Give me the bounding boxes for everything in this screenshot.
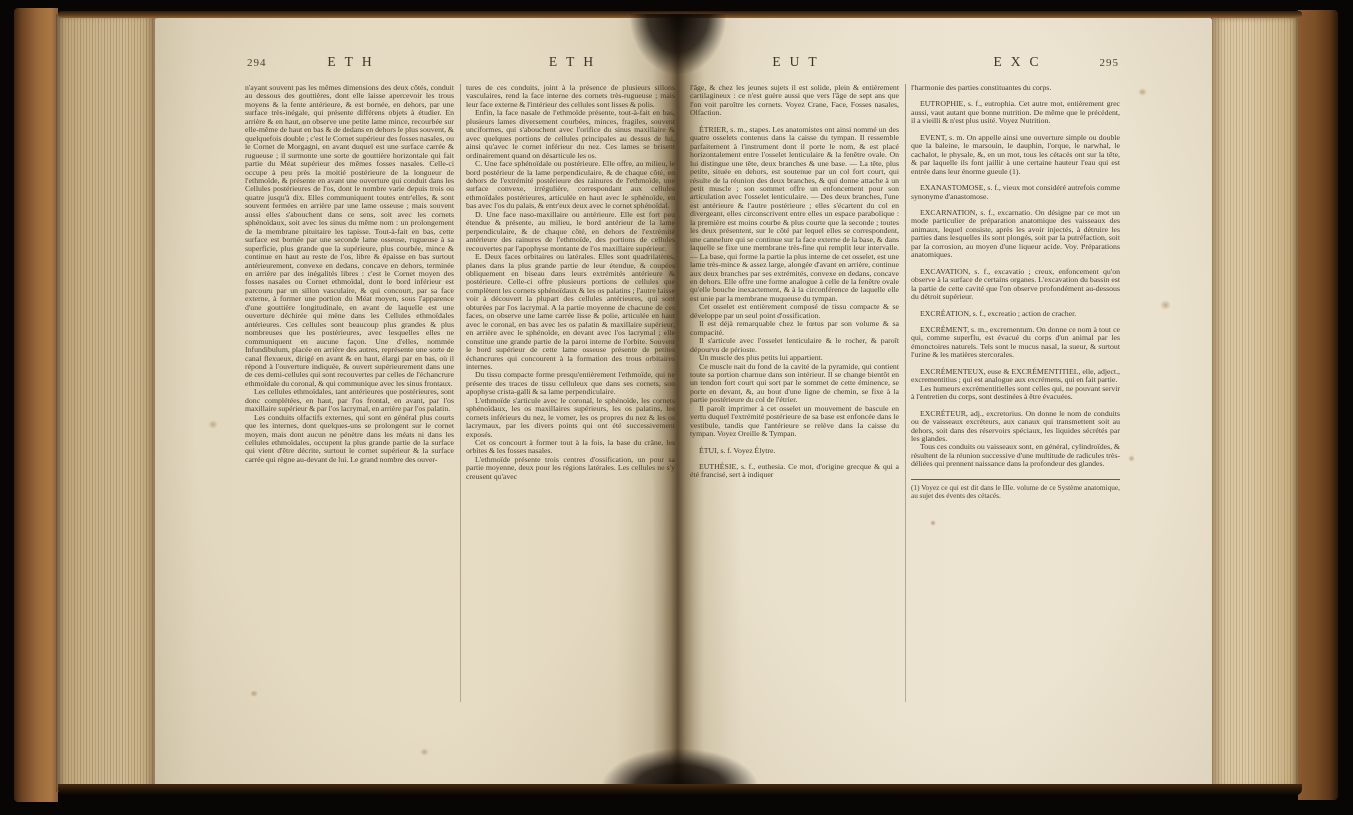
right-page-content: EUT EXC 295 l'âge, & chez les jeunes suj… xyxy=(690,54,1121,706)
paragraph: EVENT, s. m. On appelle ainsi une ouvert… xyxy=(911,134,1120,176)
paragraph: l'âge, & chez les jeunes sujets il est s… xyxy=(690,84,899,118)
paragraph: Les humeurs excrémentitielles sont celle… xyxy=(911,385,1120,402)
left-page-column-1: n'ayant souvent pas les mêmes dimensions… xyxy=(245,84,454,706)
paragraph: Cet osselet est entièrement composé de t… xyxy=(690,303,899,320)
left-page-columns: n'ayant souvent pas les mêmes dimensions… xyxy=(245,84,676,706)
paragraph: EXCAVATION, s. f., excavatio ; creux, en… xyxy=(911,268,1120,302)
paragraph: EXCRÉMENTEUX, euse & EXCRÉMENTITIEL, ell… xyxy=(911,368,1120,385)
paragraph: Il est déjà remarquable chez le fœtus pa… xyxy=(690,320,899,337)
right-page-columns: l'âge, & chez les jeunes sujets il est s… xyxy=(690,84,1121,706)
left-page-header: 294 ETH ETH xyxy=(245,54,676,84)
paragraph: L'ethmoïde présente trois centres d'ossi… xyxy=(466,456,675,481)
paragraph: Les conduits olfactifs externes, qui son… xyxy=(245,414,454,465)
right-fore-edge-pages xyxy=(1212,16,1300,790)
right-page-header: EUT EXC 295 xyxy=(690,54,1121,84)
paragraph: l'harmonie des parties constituantes du … xyxy=(911,84,1120,92)
footnote: (1) Voyez ce qui est dit dans le IIIe. v… xyxy=(911,479,1120,500)
paragraph: EUTHÉSIE, s. f., euthesia. Ce mot, d'ori… xyxy=(690,463,899,480)
left-fore-edge-pages xyxy=(56,14,156,792)
right-page: EUT EXC 295 l'âge, & chez les jeunes suj… xyxy=(678,18,1212,786)
right-page-column-2: l'harmonie des parties constituantes du … xyxy=(911,84,1120,706)
book-top-edge xyxy=(58,11,1302,18)
paragraph: L'ethmoïde s'articule avec le coronal, l… xyxy=(466,397,675,439)
paragraph: Du tissu compacte forme presqu'entièreme… xyxy=(466,371,675,396)
paragraph: n'ayant souvent pas les mêmes dimensions… xyxy=(245,84,454,388)
book-bottom-edge xyxy=(58,784,1302,795)
paragraph: EUTROPHIE, s. f., eutrophia. Cet autre m… xyxy=(911,100,1120,125)
paragraph: EXCRÉTEUR, adj., excretorius. On donne l… xyxy=(911,410,1120,444)
running-head-eut: EUT xyxy=(690,54,899,70)
paragraph: ÉTUI, s. f. Voyez Élytre. xyxy=(690,447,899,455)
paragraph: E. Deux faces orbitaires ou latérales. E… xyxy=(466,253,675,371)
paragraph: EXCRÉATION, s. f., excreatio ; action de… xyxy=(911,310,1120,318)
running-head-eth-2: ETH xyxy=(466,54,676,70)
paragraph: EXCARNATION, s. f., excarnatio. On désig… xyxy=(911,209,1120,260)
paragraph: EXANASTOMOSE, s. f., vieux mot considéré… xyxy=(911,184,1120,201)
running-head-exc: EXC xyxy=(911,54,1121,70)
left-page-content: 294 ETH ETH n'ayant souvent pas les même… xyxy=(245,54,676,706)
paragraph: EXCRÉMENT, s. m., excrementum. On donne … xyxy=(911,326,1120,360)
paragraph: ÉTRIER, s. m., stapes. Les anatomistes o… xyxy=(690,126,899,304)
page-number-right: 295 xyxy=(1100,57,1120,69)
paragraph: Ce muscle nait du fond de la cavité de l… xyxy=(690,363,899,405)
paragraph: Tous ces conduits ou vaisseaux sont, en … xyxy=(911,443,1120,468)
photo-background: 294 ETH ETH n'ayant souvent pas les même… xyxy=(0,0,1353,815)
paragraph: Les cellules ethmoïdales, tant antérieur… xyxy=(245,388,454,413)
paragraph: Il paroît imprimer à cet osselet un mouv… xyxy=(690,405,899,439)
paragraph: Il s'articule avec l'osselet lenticulair… xyxy=(690,337,899,354)
left-page-column-2: tures de ces conduits, joint à la présen… xyxy=(466,84,675,706)
paragraph: Cet os concourt à former tout à la fois,… xyxy=(466,439,675,456)
paragraph: Enfin, la face nasale de l'ethmoïde prés… xyxy=(466,109,675,160)
left-page: 294 ETH ETH n'ayant souvent pas les même… xyxy=(155,18,678,786)
right-leather-cover xyxy=(1298,10,1338,800)
right-page-column-2-text: l'harmonie des parties constituantes du … xyxy=(911,84,1120,469)
column-rule xyxy=(905,84,906,702)
running-head-eth-1: ETH xyxy=(245,54,454,70)
paragraph: C. Une face sphénoïdale ou postérieure. … xyxy=(466,160,675,211)
paragraph: D. Une face naso-maxillaire ou antérieur… xyxy=(466,211,675,253)
paragraph: tures de ces conduits, joint à la présen… xyxy=(466,84,675,109)
column-rule xyxy=(460,84,461,702)
right-page-column-1: l'âge, & chez les jeunes sujets il est s… xyxy=(690,84,899,706)
left-leather-cover xyxy=(14,8,58,802)
